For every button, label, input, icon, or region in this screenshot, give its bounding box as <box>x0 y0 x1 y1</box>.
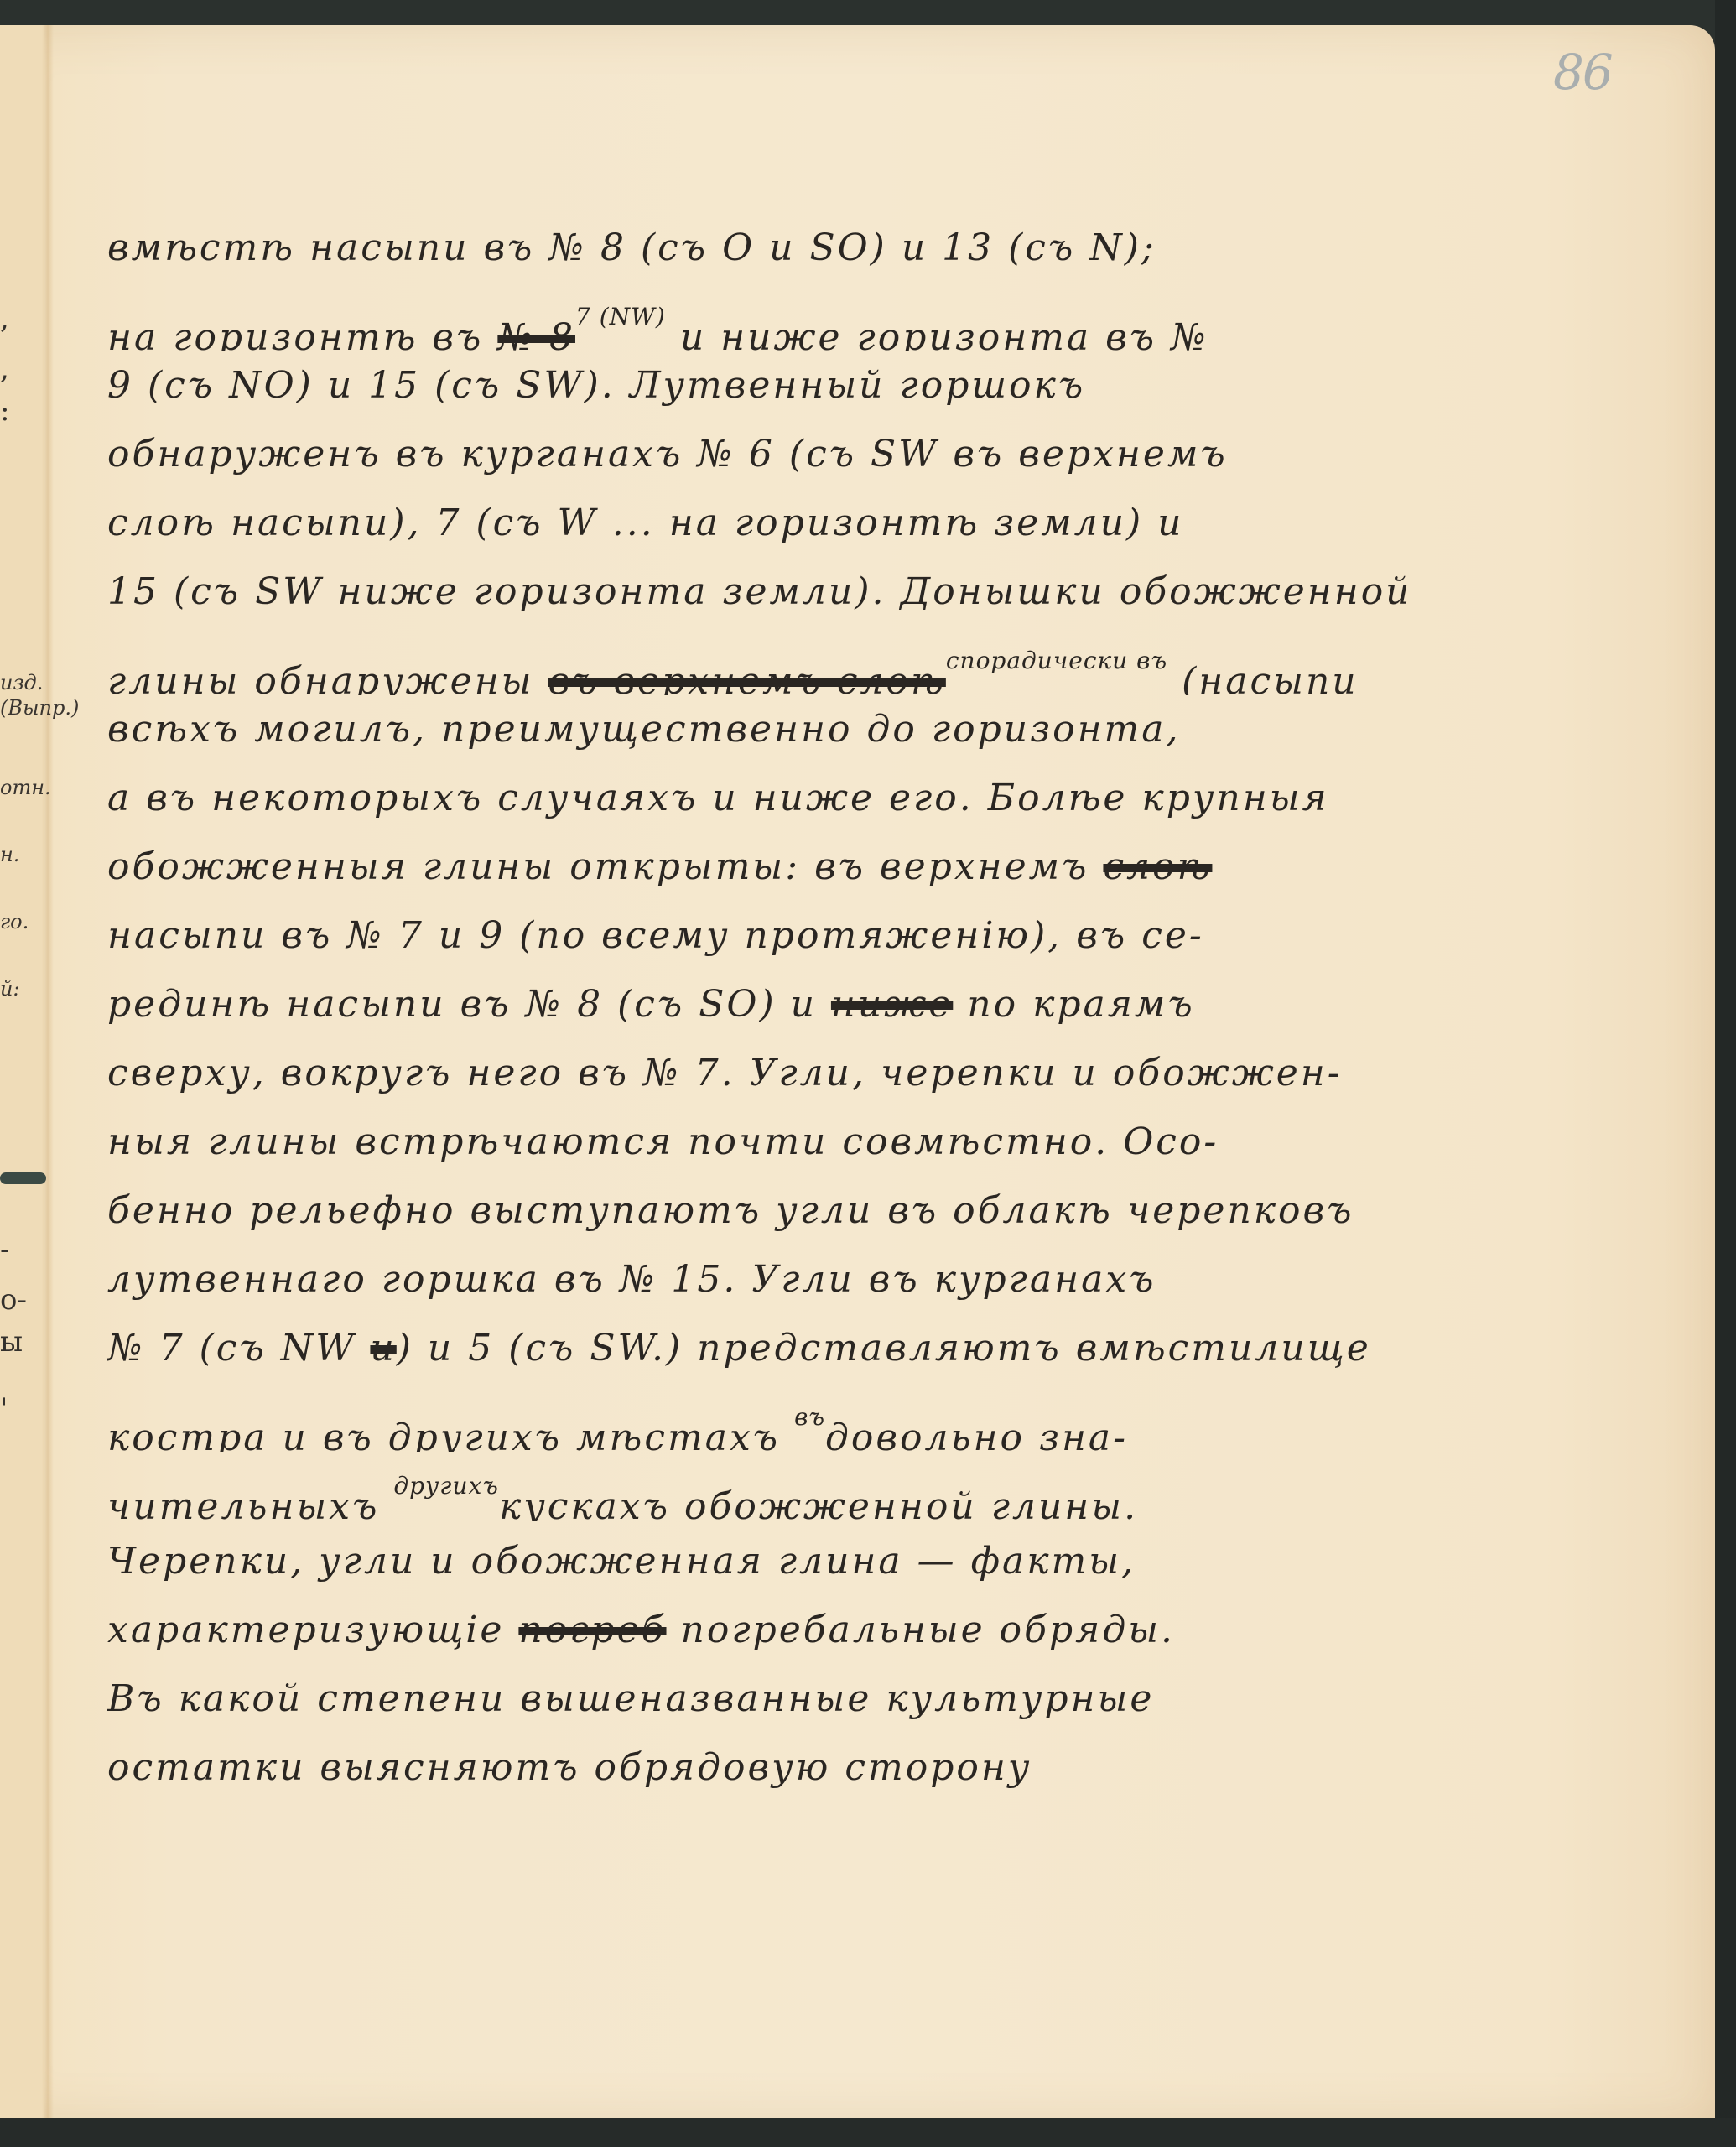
line-text: 15 (съ SW ниже горизонта земли). Донышки… <box>107 570 1412 613</box>
manuscript-line: № 7 (съ NW и) и 5 (съ SW.) представляютъ… <box>107 1314 1684 1383</box>
interlinear-insertion: другихъ <box>393 1472 499 1500</box>
struck-out-text: № 8 <box>497 316 575 351</box>
struck-out-text: и <box>370 1327 396 1370</box>
margin-note: изд. <box>0 671 43 694</box>
facing-page-mark: - <box>0 1233 10 1266</box>
manuscript-line: Въ какой степени вышеназванные культурны… <box>107 1665 1684 1734</box>
struck-out-text: погреб <box>518 1609 666 1651</box>
line-text: кускахъ обожженной глины. <box>499 1485 1138 1521</box>
line-text: на горизонтѣ въ <box>107 316 497 351</box>
line-text: обнаруженъ въ курганахъ № 6 (съ SW въ ве… <box>107 433 1228 476</box>
manuscript-line: вмѣстѣ насыпи въ № 8 (съ О и SО) и 13 (с… <box>107 214 1684 283</box>
line-text: вмѣстѣ насыпи въ № 8 (съ О и SО) и 13 (с… <box>107 226 1156 269</box>
line-text: насыпи въ № 7 и 9 (по всему протяженію),… <box>107 914 1204 957</box>
facing-page-mark: , <box>0 352 9 386</box>
line-text: довольно зна- <box>825 1417 1128 1452</box>
manuscript-line: бенно рельефно выступаютъ угли въ облакѣ… <box>107 1177 1684 1245</box>
manuscript-line: характеризующіе погреб погребальные обря… <box>107 1596 1684 1665</box>
line-text: слоѣ насыпи), 7 (съ W ... на горизонтѣ з… <box>107 502 1184 544</box>
line-text: лутвеннаго горшка въ № 15. Угли въ курга… <box>107 1258 1156 1301</box>
manuscript-line: остатки выясняютъ обрядовую сторону <box>107 1734 1684 1802</box>
line-text: ) и 5 (съ SW.) представляютъ вмѣстилище <box>397 1327 1371 1370</box>
margin-note: (Выпр.) <box>0 696 79 720</box>
margin-note: отн. <box>0 776 51 799</box>
interlinear-insertion: 7 (NW) <box>575 303 666 330</box>
scan-right-border <box>1715 0 1736 2147</box>
manuscript-line: насыпи въ № 7 и 9 (по всему протяженію),… <box>107 902 1684 970</box>
line-text: ныя глины встрѣчаются почти совмѣстно. О… <box>107 1120 1219 1163</box>
line-text: (насыпи <box>1167 660 1359 695</box>
line-text: обожженныя глины открыты: въ верхнемъ <box>107 845 1103 888</box>
line-text: сверху, вокругъ него въ № 7. Угли, череп… <box>107 1052 1343 1094</box>
manuscript-line: чительныхъ другихъкускахъ обожженной гли… <box>107 1452 1684 1521</box>
line-text: по краямъ <box>953 983 1194 1026</box>
manuscript-line: рединѣ насыпи въ № 8 (съ SO) и ниже по к… <box>107 970 1684 1039</box>
manuscript-line: обожженныя глины открыты: въ верхнемъ сл… <box>107 833 1684 902</box>
line-text: 9 (съ NО) и 15 (съ SW). Лутвенный горшок… <box>107 364 1085 407</box>
line-text: № 7 (съ NW <box>107 1327 370 1370</box>
manuscript-line: Черепки, угли и обожженная глина — факты… <box>107 1527 1684 1596</box>
line-text: чительныхъ <box>107 1485 393 1521</box>
line-text: бенно рельефно выступаютъ угли въ облакѣ… <box>107 1189 1354 1232</box>
facing-page-mark: , <box>0 302 9 335</box>
margin-note: й: <box>0 977 20 1001</box>
struck-out-text: ниже <box>831 983 953 1026</box>
page-gutter-fold <box>42 25 54 2122</box>
struck-out-text: въ верхнемъ слоѣ <box>548 660 946 695</box>
facing-page-edge <box>0 25 44 2122</box>
line-text: глины обнаружены <box>107 660 548 695</box>
ink-smudge <box>0 1172 46 1184</box>
line-text: характеризующіе <box>107 1609 518 1651</box>
manuscript-line: обнаруженъ въ курганахъ № 6 (съ SW въ ве… <box>107 420 1684 489</box>
manuscript-line: глины обнаружены въ верхнемъ слоѣспоради… <box>107 626 1684 695</box>
facing-page-mark: : <box>0 394 9 428</box>
manuscript-line: сверху, вокругъ него въ № 7. Угли, череп… <box>107 1039 1684 1108</box>
line-text: Черепки, угли и обожженная глина — факты… <box>107 1540 1136 1583</box>
margin-note: го. <box>0 910 29 933</box>
line-text: рединѣ насыпи въ № 8 (съ SO) и <box>107 983 831 1026</box>
line-text: погребальные обряды. <box>667 1609 1176 1651</box>
interlinear-insertion: спорадически въ <box>946 647 1167 674</box>
folio-number: 86 <box>1553 44 1612 101</box>
manuscript-line: костра и въ другихъ мѣстахъ въдовольно з… <box>107 1383 1684 1452</box>
manuscript-line: всѣхъ могилъ, преимущественно до горизон… <box>107 695 1684 764</box>
facing-page-mark: ы <box>0 1325 23 1359</box>
line-text: и ниже горизонта въ № <box>666 316 1208 351</box>
margin-note: н. <box>0 843 19 866</box>
line-text: всѣхъ могилъ, преимущественно до горизон… <box>107 708 1181 751</box>
handwritten-body: вмѣстѣ насыпи въ № 8 (съ О и SО) и 13 (с… <box>107 214 1684 1802</box>
struck-out-text: слоѣ <box>1103 845 1212 888</box>
line-text: костра и въ другихъ мѣстахъ <box>107 1417 794 1452</box>
line-text: Въ какой степени вышеназванные культурны… <box>107 1677 1154 1720</box>
scan-bottom-border <box>0 2118 1736 2147</box>
manuscript-line: ныя глины встрѣчаются почти совмѣстно. О… <box>107 1108 1684 1177</box>
manuscript-line: 9 (съ NО) и 15 (съ SW). Лутвенный горшок… <box>107 351 1684 420</box>
manuscript-line: на горизонтѣ въ № 87 (NW) и ниже горизон… <box>107 283 1684 351</box>
facing-page-mark: о- <box>0 1283 27 1317</box>
interlinear-insertion: въ <box>794 1403 825 1431</box>
manuscript-line: слоѣ насыпи), 7 (съ W ... на горизонтѣ з… <box>107 489 1684 558</box>
manuscript-line: 15 (съ SW ниже горизонта земли). Донышки… <box>107 558 1684 626</box>
facing-page-mark: ' <box>0 1392 8 1426</box>
manuscript-line: а въ некоторыхъ случаяхъ и ниже его. Бол… <box>107 764 1684 833</box>
manuscript-line: лутвеннаго горшка въ № 15. Угли въ курга… <box>107 1245 1684 1314</box>
line-text: остатки выясняютъ обрядовую сторону <box>107 1746 1032 1789</box>
line-text: а въ некоторыхъ случаяхъ и ниже его. Бол… <box>107 777 1329 819</box>
